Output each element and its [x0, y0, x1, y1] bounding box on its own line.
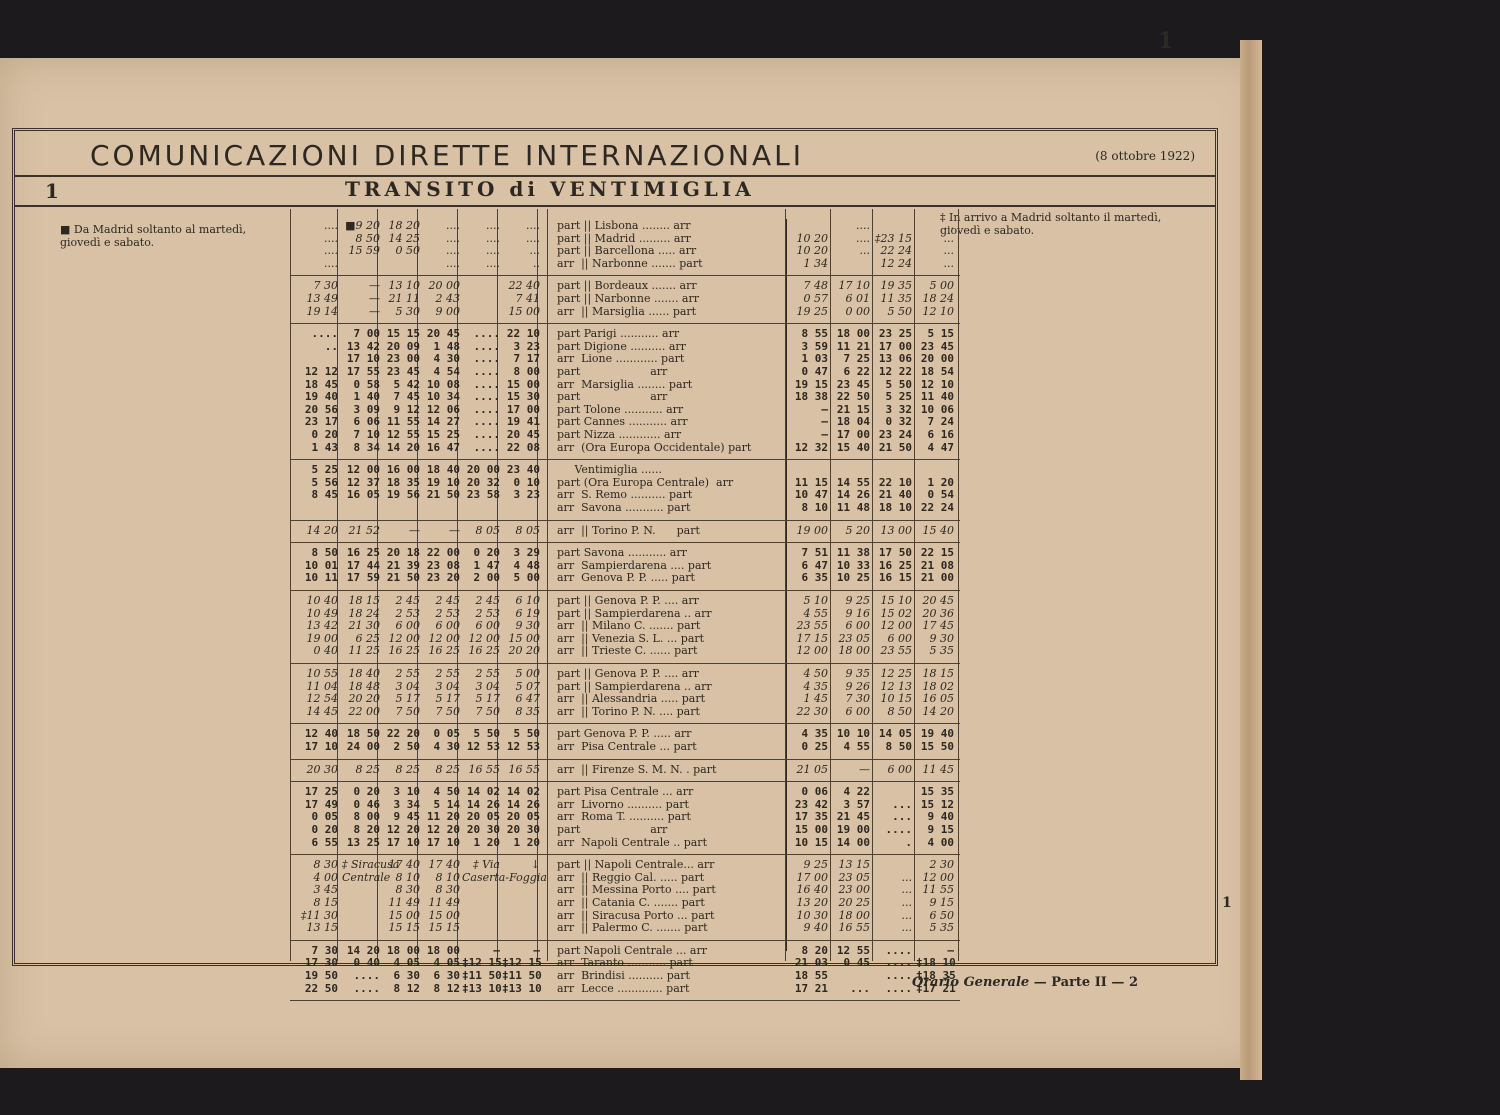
train-times-return: 1 20 0 54 22 24: [916, 464, 954, 514]
station-row: arr Genova P. P. ..... part: [557, 572, 767, 585]
timetable-block: 10 55 11 04 12 54 14 4518 40 18 48 20 20…: [290, 663, 960, 724]
page-title: COMUNICAZIONI DIRETTE INTERNAZIONALI: [90, 139, 804, 172]
station-row: arr || Catania C. ....... part: [557, 897, 767, 910]
timetable-block: 12 40 17 1018 50 24 0022 20 2 500 05 4 3…: [290, 723, 960, 759]
train-times-outbound: —: [422, 525, 460, 538]
train-times-outbound: 2 55 3 04 5 17 7 50: [462, 668, 500, 718]
train-times-return: ... ... ... ... ...: [874, 859, 912, 935]
station-row: part Parigi ........... arr: [557, 328, 767, 341]
train-times-return: 20 45 20 36 17 45 9 30 5 35: [916, 595, 954, 658]
train-times-outbound: 12 00 12 37 16 05: [342, 464, 380, 502]
train-times-outbound: 8 05: [502, 525, 540, 538]
station-row: arr || Trieste C. ...... part: [557, 645, 767, 658]
train-times-outbound: 4 50 5 14 11 20 12 20 17 10: [422, 786, 460, 849]
train-times-outbound: 2 45 2 53 6 00 12 00 16 25: [422, 595, 460, 658]
train-times-outbound: — ‡12 15 ‡11 50 ‡13 10: [462, 945, 500, 995]
train-times-outbound: .... .... .... ....: [300, 220, 338, 270]
station-row: arr || Alessandria ..... part: [557, 693, 767, 706]
train-times-return: 22 15 21 08 21 00: [916, 547, 954, 585]
train-times-return: 7 48 0 57 19 25: [790, 280, 828, 318]
train-times-outbound: .... .. 12 12 18 45 19 40 20 56 23 17 0 …: [300, 328, 338, 454]
train-times-outbound: ■9 20 8 50 15 59: [342, 220, 380, 258]
train-times-outbound: 22 40 7 41 15 00: [502, 280, 540, 318]
train-times-outbound: 22 10 3 23 7 17 8 00 15 00 15 30 17 00 1…: [502, 328, 540, 454]
station-row: arr (Ora Europa Occidentale) part: [557, 442, 767, 455]
train-times-return: 17 10 6 01 0 00: [832, 280, 870, 318]
section-number: 1: [45, 179, 59, 203]
train-times-outbound: 14 20: [300, 525, 338, 538]
train-times-outbound: 2 45 2 53 6 00 12 00 16 25: [382, 595, 420, 658]
train-times-outbound: 7 30 13 49 19 14: [300, 280, 338, 318]
train-times-outbound: 16 55: [502, 764, 540, 777]
train-times-outbound: 15 15 20 09 23 00 23 45 5 42 7 45 9 12 1…: [382, 328, 420, 454]
station-row: part arr: [557, 391, 767, 404]
train-times-outbound: 20 30: [300, 764, 338, 777]
train-times-return: 4 50 4 35 1 45 22 30: [790, 668, 828, 718]
station-row: part Nizza ............ arr: [557, 429, 767, 442]
train-times-return: 9 25 9 16 6 00 23 05 18 00: [832, 595, 870, 658]
section-subtitle: TRANSITO di VENTIMIGLIA: [345, 177, 755, 201]
train-times-outbound: 17 25 17 49 0 05 0 20 6 55: [300, 786, 338, 849]
train-times-outbound: 7 30 17 30 19 50 22 50: [300, 945, 338, 995]
train-times-outbound: 18 40 19 10 21 50: [422, 464, 460, 502]
station-row: arr || Torino P. N. part: [557, 525, 767, 538]
train-times-outbound: 5 50 12 53: [462, 728, 500, 753]
train-times-outbound: 8 25: [342, 764, 380, 777]
train-times-return: 19 35 11 35 5 50: [874, 280, 912, 318]
train-times-outbound: 13 10 21 11 5 30: [382, 280, 420, 318]
timetable-block: .... .. 12 12 18 45 19 40 20 56 23 17 0 …: [290, 323, 960, 460]
train-times-return: 4 22 3 57 21 45 19 00 14 00: [832, 786, 870, 849]
station-list: part Parigi ........... arrpart Digione …: [557, 328, 767, 454]
station-row: part arr: [557, 824, 767, 837]
train-times-return: 19 40 15 50: [916, 728, 954, 753]
train-times-outbound: 0 20 1 47 2 00: [462, 547, 500, 585]
train-times-return: 19 00: [790, 525, 828, 538]
train-times-return: 9 35 9 26 7 30 6 00: [832, 668, 870, 718]
train-times-outbound: [462, 280, 500, 305]
train-times-outbound: 22 20 2 50: [382, 728, 420, 753]
train-times-outbound: 12 40 17 10: [300, 728, 338, 753]
station-row: part || Narbonne ....... arr: [557, 293, 767, 306]
train-times-return: 22 10 21 40 18 10: [874, 464, 912, 514]
station-list: arr || Firenze S. M. N. . part: [557, 764, 767, 777]
train-times-outbound: 16 55: [462, 764, 500, 777]
train-times-return: ... ... ... ...: [916, 220, 954, 270]
train-times-return: 5 20: [832, 525, 870, 538]
station-row: part || Lisbona ........ arr: [557, 220, 767, 233]
train-times-outbound: 7 00 13 42 17 10 17 55 0 58 1 40 3 09 6 …: [342, 328, 380, 454]
train-times-outbound: .... .... .... ....: [462, 220, 500, 270]
train-times-outbound: 14 02 14 26 20 05 20 30 1 20: [462, 786, 500, 849]
train-times-outbound: 3 29 4 48 5 00: [502, 547, 540, 585]
train-times-outbound: .... .... .... .... .... .... .... .... …: [462, 328, 500, 454]
timetable-frame: COMUNICAZIONI DIRETTE INTERNAZIONALI (8 …: [12, 128, 1218, 966]
timetable-block: 8 30 4 00 3 45 8 15 ‡11 30 13 15‡ Siracu…: [290, 854, 960, 941]
train-times-return: 23 25 17 00 13 06 12 22 5 50 5 25 3 32 0…: [874, 328, 912, 454]
station-row: part arr: [557, 366, 767, 379]
train-times-outbound: ‡ Siracusa Centrale: [342, 859, 380, 884]
train-times-outbound: ↓: [502, 859, 540, 872]
train-times-outbound: .... .... .... ....: [422, 220, 460, 270]
station-list: part Genova P. P. ..... arrarr Pisa Cent…: [557, 728, 767, 753]
train-times-return: 18 15 18 02 16 05 14 20: [916, 668, 954, 718]
station-list: part || Genova P. P. .... arrpart || Sam…: [557, 668, 767, 718]
train-times-outbound: 18 50 24 00: [342, 728, 380, 753]
train-times-outbound: 18 20 14 25 0 50: [382, 220, 420, 258]
train-times-outbound: 20 45 1 48 4 30 4 54 10 08 10 34 12 06 1…: [422, 328, 460, 454]
footnote-left: ■ Da Madrid soltanto al martedì, giovedì…: [60, 223, 280, 249]
train-times-outbound: 2 55 3 04 5 17 7 50: [382, 668, 420, 718]
station-list: part || Genova P. P. .... arrpart || Sam…: [557, 595, 767, 658]
station-list: Ventimiglia ......part (Ora Europa Centr…: [557, 464, 767, 514]
train-times-outbound: ‡ Via Caserta-Foggia: [462, 859, 500, 884]
train-times-outbound: 18 00 4 05 6 30 8 12: [422, 945, 460, 995]
page-number-top: 1: [1158, 28, 1173, 54]
train-times-outbound: 5 50 12 53: [502, 728, 540, 753]
station-list: part Napoli Centrale ... arrarr Taranto …: [557, 945, 767, 995]
timetable-block: 5 25 5 56 8 4512 00 12 37 16 0516 00 18 …: [290, 459, 960, 520]
station-row: part Savona ........... arr: [557, 547, 767, 560]
timetable-block: 7 30 13 49 19 14— — —13 10 21 11 5 3020 …: [290, 275, 960, 324]
train-times-outbound: 5 00 5 07 6 47 8 35: [502, 668, 540, 718]
train-times-return: 5 00 18 24 12 10: [916, 280, 954, 318]
station-list: part Savona ........... arrarr Sampierda…: [557, 547, 767, 585]
station-row: part || Genova P. P. .... arr: [557, 668, 767, 681]
train-times-outbound: 8 50 10 01 10 11: [300, 547, 338, 585]
train-times-outbound: 2 45 2 53 6 00 12 00 16 25: [462, 595, 500, 658]
train-times-outbound: 8 25: [422, 764, 460, 777]
timetable-block: 10 40 10 49 13 42 19 00 0 4018 15 18 24 …: [290, 590, 960, 664]
train-times-outbound: 5 25 5 56 8 45: [300, 464, 338, 502]
train-times-return: 9 25 17 00 16 40 13 20 10 30 9 40: [790, 859, 828, 935]
page-edge: [1240, 40, 1262, 1080]
timetable-block: 7 30 17 30 19 50 22 5014 20 0 40 .... ..…: [290, 940, 960, 1001]
train-times-outbound: 16 25 17 44 17 59: [342, 547, 380, 585]
page-footer: Orario Generale — Parte II — 2: [912, 975, 1138, 990]
train-times-return: 5 10 4 55 23 55 17 15 12 00: [790, 595, 828, 658]
train-times-return: —: [832, 764, 870, 777]
train-times-outbound: 6 10 6 19 9 30 15 00 20 20: [502, 595, 540, 658]
station-row: arr Brindisi .......... part: [557, 970, 767, 983]
train-times-outbound: 17 40 8 10 8 30 11 49 15 00 15 15: [422, 859, 460, 935]
station-row: arr Pisa Centrale ... part: [557, 741, 767, 754]
train-times-outbound: — — —: [342, 280, 380, 318]
train-times-outbound: .... .... ... ..: [502, 220, 540, 270]
timetable-block: 17 25 17 49 0 05 0 20 6 550 20 0 46 8 00…: [290, 781, 960, 855]
train-times-return: 10 20 10 20 1 34: [790, 220, 828, 270]
train-times-outbound: 14 20 0 40 .... ....: [342, 945, 380, 995]
train-times-return: 8 55 3 59 1 03 0 47 19 15 18 38 — — — 12…: [790, 328, 828, 454]
page-number-side: 1: [1222, 895, 1232, 911]
train-times-return: 8 20 21 03 18 55 17 21: [790, 945, 828, 995]
train-times-outbound: 2 55 3 04 5 17 7 50: [422, 668, 460, 718]
footer-title: Orario Generale: [912, 975, 1029, 990]
train-times-return: 17 50 16 25 16 15: [874, 547, 912, 585]
timetable-block: 20 308 258 258 2516 5516 55arr || Firenz…: [290, 759, 960, 783]
timetable-block: 14 2021 52——8 058 05arr || Torino P. N. …: [290, 520, 960, 544]
train-times-outbound: 18 15 18 24 21 30 6 25 11 25: [342, 595, 380, 658]
train-times-return: 18 00 11 21 7 25 6 22 23 45 22 50 21 15 …: [832, 328, 870, 454]
train-times-outbound: 18 00 4 05 6 30 8 12: [382, 945, 420, 995]
station-list: part || Napoli Centrale... arrarr || Reg…: [557, 859, 767, 935]
station-row: arr || Narbonne ....... part: [557, 258, 767, 271]
station-row: arr || Firenze S. M. N. . part: [557, 764, 767, 777]
timetable-block: 8 50 10 01 10 1116 25 17 44 17 5920 18 2…: [290, 542, 960, 591]
train-times-outbound: 23 40 0 10 3 23: [502, 464, 540, 502]
train-times-outbound: 18 40 18 48 20 20 22 00: [342, 668, 380, 718]
train-times-outbound: 3 10 3 34 9 45 12 20 17 10: [382, 786, 420, 849]
station-list: part Pisa Centrale ... arrarr Livorno ..…: [557, 786, 767, 849]
train-times-return: ... ... .... .: [874, 786, 912, 849]
timetable-block: .... .... .... ....■9 20 8 50 15 5918 20…: [290, 215, 960, 276]
station-row: arr || Marsiglia ...... part: [557, 306, 767, 319]
train-times-outbound: 0 20 0 46 8 00 8 20 13 25: [342, 786, 380, 849]
edition-date: (8 ottobre 1922): [1095, 149, 1195, 163]
train-times-return: 15 35 15 12 9 40 9 15 4 00: [916, 786, 954, 849]
train-times-return: 2 30 12 00 11 55 9 15 6 50 5 35: [916, 859, 954, 935]
train-times-outbound: 0 05 4 30: [422, 728, 460, 753]
train-times-return: 7 51 6 47 6 35: [790, 547, 828, 585]
train-times-outbound: 8 30 4 00 3 45 8 15 ‡11 30 13 15: [300, 859, 338, 935]
train-times-outbound: 8 25: [382, 764, 420, 777]
train-times-return: 11 45: [916, 764, 954, 777]
train-times-outbound: 20 18 21 39 21 50: [382, 547, 420, 585]
station-list: arr || Torino P. N. part: [557, 525, 767, 538]
train-times-outbound: —: [382, 525, 420, 538]
train-times-outbound: — ‡12 15 ‡11 50 ‡13 10: [502, 945, 540, 995]
station-row: part || Barcellona ..... arr: [557, 245, 767, 258]
train-times-return: ‡23 15 22 24 12 24: [874, 220, 912, 270]
station-row: part Pisa Centrale ... arr: [557, 786, 767, 799]
subtitle-row: 1 TRANSITO di VENTIMIGLIA: [15, 177, 1215, 207]
train-times-return: 13 15 23 05 23 00 20 25 18 00 16 55: [832, 859, 870, 935]
footer-part: — Parte II — 2: [1029, 975, 1138, 990]
train-times-outbound: 10 40 10 49 13 42 19 00 0 40: [300, 595, 338, 658]
train-times-return: 6 00: [874, 764, 912, 777]
station-list: part || Bordeaux ....... arrpart || Narb…: [557, 280, 767, 318]
timetable-grid: .... .... .... ....■9 20 8 50 15 5918 20…: [290, 209, 960, 961]
station-row: arr || Milano C. ....... part: [557, 620, 767, 633]
train-times-outbound: 10 55 11 04 12 54 14 45: [300, 668, 338, 718]
train-times-return: 15 40: [916, 525, 954, 538]
train-times-outbound: 22 00 23 08 23 20: [422, 547, 460, 585]
train-times-outbound: 16 00 18 35 19 56: [382, 464, 420, 502]
footnote-right: ‡ In arrivo a Madrid soltanto il martedì…: [940, 211, 1200, 237]
station-row: part || Genova P. P. .... arr: [557, 595, 767, 608]
station-row: Ventimiglia ......: [557, 464, 767, 477]
title-row: COMUNICAZIONI DIRETTE INTERNAZIONALI (8 …: [15, 137, 1215, 177]
train-times-outbound: 8 05: [462, 525, 500, 538]
train-times-return: 11 15 10 47 8 10: [790, 464, 828, 514]
train-times-return: .... .... .... ....: [874, 945, 912, 995]
train-times-return: .... .... ...: [832, 220, 870, 258]
train-times-outbound: 20 00 20 32 23 58: [462, 464, 500, 502]
train-times-return: 5 15 23 45 20 00 18 54 12 10 11 40 10 06…: [916, 328, 954, 454]
station-row: arr Savona ........... part: [557, 502, 767, 515]
station-list: part || Lisbona ........ arrpart || Madr…: [557, 220, 767, 270]
train-times-return: 11 38 10 33 10 25: [832, 547, 870, 585]
train-times-return: 15 10 15 02 12 00 6 00 23 55: [874, 595, 912, 658]
station-row: arr || Palermo C. ....... part: [557, 922, 767, 935]
train-times-outbound: 20 00 2 43 9 00: [422, 280, 460, 318]
train-times-return: 4 35 0 25: [790, 728, 828, 753]
train-times-return: 10 10 4 55: [832, 728, 870, 753]
station-row: part || Napoli Centrale... arr: [557, 859, 767, 872]
train-times-return: 21 05: [790, 764, 828, 777]
train-times-return: 14 55 14 26 11 48: [832, 464, 870, 514]
station-row: arr || Torino P. N. .... part: [557, 706, 767, 719]
station-row: arr Napoli Centrale .. part: [557, 837, 767, 850]
train-times-return: 12 25 12 13 10 15 8 50: [874, 668, 912, 718]
train-times-return: 0 06 23 42 17 35 15 00 10 15: [790, 786, 828, 849]
train-times-outbound: 17 40 8 10 8 30 11 49 15 00 15 15: [382, 859, 420, 935]
train-times-return: 14 05 8 50: [874, 728, 912, 753]
train-times-return: 13 00: [874, 525, 912, 538]
train-times-outbound: 21 52: [342, 525, 380, 538]
train-times-return: 12 55 0 45 ...: [832, 945, 870, 995]
train-times-outbound: 14 02 14 26 20 05 20 30 1 20: [502, 786, 540, 849]
station-row: arr Lecce ............. part: [557, 983, 767, 996]
